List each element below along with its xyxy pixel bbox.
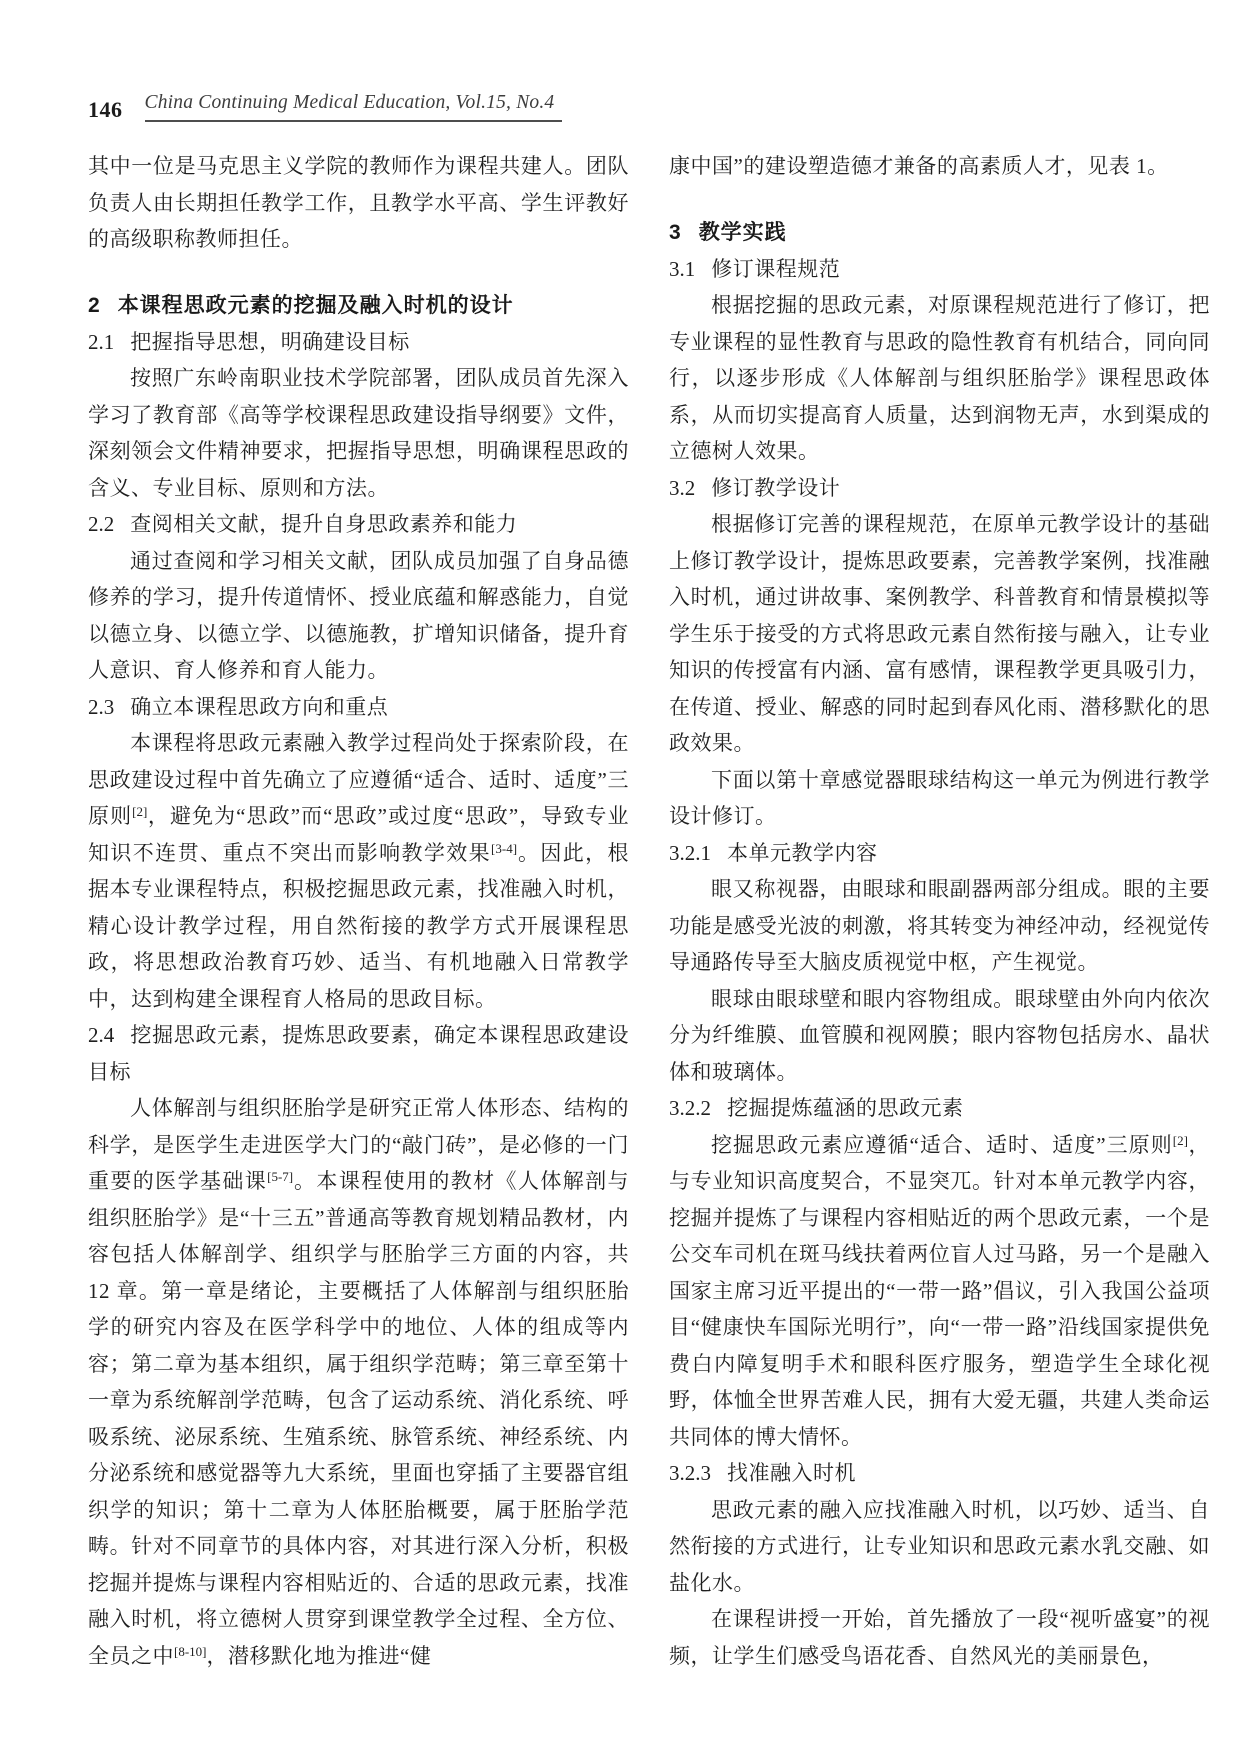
paper-page: 146 China Continuing Medical Education, … <box>0 0 1240 1674</box>
heading-text: 挖掘思政元素，提炼思政要素，确定本课程思政建设目标 <box>88 1023 629 1084</box>
reference-superscript: [2] <box>132 804 147 819</box>
subsection-heading: 2.4挖掘思政元素，提炼思政要素，确定本课程思政建设目标 <box>88 1017 629 1090</box>
paragraph: 下面以第十章感觉器眼球结构这一单元为例进行教学设计修订。 <box>669 762 1210 835</box>
heading-text: 教学实践 <box>699 221 787 244</box>
paragraph: 本课程将思政元素融入教学过程尚处于探索阶段，在思政建设过程中首先确立了应遵循“适… <box>88 725 629 1017</box>
text-run: 思政元素的融入应找准融入时机，以巧妙、适当、自然衔接的方式进行，让专业知识和思政… <box>669 1498 1210 1595</box>
section-heading: 2本课程思政元素的挖掘及融入时机的设计 <box>88 287 629 324</box>
text-run: 按照广东岭南职业技术学院部署，团队成员首先深入学习了教育部《高等学校课程思政建设… <box>88 366 629 500</box>
reference-superscript: [8-10] <box>174 1644 207 1659</box>
heading-number: 2 <box>88 294 100 317</box>
reference-superscript: [5-7] <box>267 1169 293 1184</box>
reference-superscript: [3-4] <box>491 841 517 856</box>
journal-title: China Continuing Medical Education, Vol.… <box>145 91 563 122</box>
subsection-heading: 2.1把握指导思想，明确建设目标 <box>88 324 629 361</box>
reference-superscript: [2] <box>1173 1133 1188 1148</box>
heading-text: 查阅相关文献，提升自身思政素养和能力 <box>130 512 517 536</box>
text-run: 眼又称视器，由眼球和眼副器两部分组成。眼的主要功能是感受光波的刺激，将其转变为神… <box>669 877 1210 974</box>
heading-text: 找准融入时机 <box>727 1461 856 1485</box>
subsection-heading: 3.2修订教学设计 <box>669 470 1210 507</box>
paragraph: 人体解剖与组织胚胎学是研究正常人体形态、结构的科学，是医学生走进医学大门的“敲门… <box>88 1090 629 1674</box>
column-left: 其中一位是马克思主义学院的教师作为课程共建人。团队负责人由长期担任教学工作，且教… <box>88 148 629 1674</box>
heading-number: 3.2.3 <box>669 1461 711 1485</box>
heading-number: 2.2 <box>88 512 114 536</box>
subsection-heading: 3.2.1本单元教学内容 <box>669 835 1210 872</box>
subsection-heading: 3.2.2挖掘提炼蕴涵的思政元素 <box>669 1090 1210 1127</box>
heading-number: 3.2.1 <box>669 841 711 865</box>
text-run: 挖掘思政元素应遵循“适合、适时、适度”三原则 <box>711 1133 1173 1157</box>
section-heading: 3教学实践 <box>669 214 1210 251</box>
paragraph: 挖掘思政元素应遵循“适合、适时、适度”三原则[2]，与专业知识高度契合，不显突兀… <box>669 1127 1210 1456</box>
subsection-heading: 3.1修订课程规范 <box>669 251 1210 288</box>
paragraph: 思政元素的融入应找准融入时机，以巧妙、适当、自然衔接的方式进行，让专业知识和思政… <box>669 1492 1210 1602</box>
text-run: 其中一位是马克思主义学院的教师作为课程共建人。团队负责人由长期担任教学工作，且教… <box>88 154 629 251</box>
running-head: 146 China Continuing Medical Education, … <box>88 88 1210 122</box>
text-run: 。本课程使用的教材《人体解剖与组织胚胎学》是“十三五”普通高等教育规划精品教材，… <box>88 1169 629 1668</box>
text-run: ，潜移默化地为推进“健 <box>207 1644 432 1668</box>
page-number: 146 <box>88 98 123 122</box>
paragraph: 其中一位是马克思主义学院的教师作为课程共建人。团队负责人由长期担任教学工作，且教… <box>88 148 629 258</box>
heading-text: 确立本课程思政方向和重点 <box>130 695 388 719</box>
paragraph: 眼球由眼球壁和眼内容物组成。眼球壁由外向内依次分为纤维膜、血管膜和视网膜；眼内容… <box>669 981 1210 1091</box>
paragraph: 康中国”的建设塑造德才兼备的高素质人才，见表 1。 <box>669 148 1210 185</box>
text-run: 通过查阅和学习相关文献，团队成员加强了自身品德修养的学习，提升传道情怀、授业底蕴… <box>88 549 629 683</box>
heading-text: 本单元教学内容 <box>727 841 878 865</box>
text-run: 眼球由眼球壁和眼内容物组成。眼球壁由外向内依次分为纤维膜、血管膜和视网膜；眼内容… <box>669 987 1210 1084</box>
two-column-body: 其中一位是马克思主义学院的教师作为课程共建人。团队负责人由长期担任教学工作，且教… <box>88 148 1210 1674</box>
heading-text: 修订教学设计 <box>711 476 840 500</box>
text-run: 康中国”的建设塑造德才兼备的高素质人才，见表 1。 <box>669 154 1169 178</box>
heading-number: 2.3 <box>88 695 114 719</box>
paragraph: 根据挖掘的思政元素，对原课程规范进行了修订，把专业课程的显性教育与思政的隐性教育… <box>669 287 1210 470</box>
heading-text: 本课程思政元素的挖掘及融入时机的设计 <box>118 294 514 317</box>
subsection-heading: 3.2.3找准融入时机 <box>669 1455 1210 1492</box>
text-run: ，与专业知识高度契合，不显突兀。针对本单元教学内容，挖掘并提炼了与课程内容相贴近… <box>669 1133 1210 1449</box>
paragraph: 在课程讲授一开始，首先播放了一段“视听盛宴”的视频，让学生们感受鸟语花香、自然风… <box>669 1601 1210 1674</box>
heading-number: 3.2.2 <box>669 1096 711 1120</box>
heading-text: 把握指导思想，明确建设目标 <box>130 330 410 354</box>
text-run: 下面以第十章感觉器眼球结构这一单元为例进行教学设计修订。 <box>669 768 1210 829</box>
subsection-heading: 2.3确立本课程思政方向和重点 <box>88 689 629 726</box>
subsection-heading: 2.2查阅相关文献，提升自身思政素养和能力 <box>88 506 629 543</box>
heading-number: 2.4 <box>88 1023 114 1047</box>
paragraph: 通过查阅和学习相关文献，团队成员加强了自身品德修养的学习，提升传道情怀、授业底蕴… <box>88 543 629 689</box>
text-run: 根据挖掘的思政元素，对原课程规范进行了修订，把专业课程的显性教育与思政的隐性教育… <box>669 293 1210 463</box>
text-run: 在课程讲授一开始，首先播放了一段“视听盛宴”的视频，让学生们感受鸟语花香、自然风… <box>669 1607 1210 1668</box>
heading-number: 3.1 <box>669 257 695 281</box>
paragraph: 眼又称视器，由眼球和眼副器两部分组成。眼的主要功能是感受光波的刺激，将其转变为神… <box>669 871 1210 981</box>
heading-number: 3.2 <box>669 476 695 500</box>
heading-text: 挖掘提炼蕴涵的思政元素 <box>727 1096 964 1120</box>
heading-number: 2.1 <box>88 330 114 354</box>
paragraph: 按照广东岭南职业技术学院部署，团队成员首先深入学习了教育部《高等学校课程思政建设… <box>88 360 629 506</box>
text-run: 。因此，根据本专业课程特点，积极挖掘思政元素，找准融入时机，精心设计教学过程，用… <box>88 841 629 1011</box>
heading-text: 修订课程规范 <box>711 257 840 281</box>
paragraph: 根据修订完善的课程规范，在原单元教学设计的基础上修订教学设计，提炼思政要素，完善… <box>669 506 1210 762</box>
text-run: 根据修订完善的课程规范，在原单元教学设计的基础上修订教学设计，提炼思政要素，完善… <box>669 512 1210 755</box>
column-right: 康中国”的建设塑造德才兼备的高素质人才，见表 1。3教学实践3.1修订课程规范根… <box>669 148 1210 1674</box>
heading-number: 3 <box>669 221 681 244</box>
